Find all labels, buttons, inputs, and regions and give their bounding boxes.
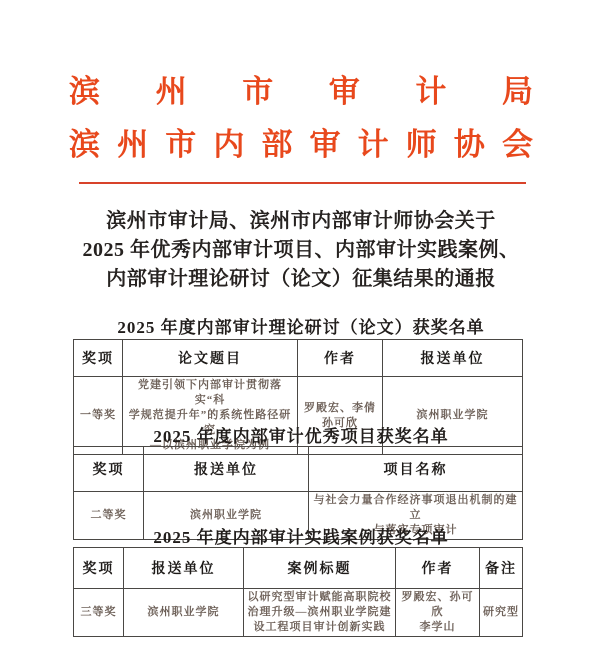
practice-case-award-table: 奖项 报送单位 案例标题 作者 备注 三等奖 滨州职业学院 以研究型审计赋能高职…	[73, 547, 523, 637]
column-header-award: 奖项	[74, 447, 144, 492]
section-title-theory-papers: 2025 年度内部审计理论研讨（论文）获奖名单	[0, 313, 602, 338]
column-header-paper-title: 论文题目	[123, 340, 298, 377]
column-header-award: 奖项	[74, 340, 123, 377]
table-header-row: 奖项 论文题目 作者 报送单位	[74, 340, 523, 377]
column-header-submitting-unit: 报送单位	[124, 548, 244, 589]
section-title-practice-cases: 2025 年度内部审计实践案例获奖名单	[0, 523, 602, 548]
document-page: 滨州市审计局 滨州市内部审计师协会 滨州市审计局、滨州市内部审计师协会关于 20…	[0, 0, 602, 655]
notice-title-line-3: 内部审计理论研讨（论文）征集结果的通报	[0, 265, 602, 294]
column-header-project-name: 项目名称	[309, 447, 523, 492]
cell-remarks: 研究型	[480, 589, 523, 637]
cell-case-title: 以研究型审计赋能高职院校 治理升级—滨州职业学院建 设工程项目审计创新实践	[244, 589, 396, 637]
notice-title-line-2: 2025 年优秀内部审计项目、内部审计实践案例、	[0, 236, 602, 265]
notice-title: 滨州市审计局、滨州市内部审计师协会关于 2025 年优秀内部审计项目、内部审计实…	[0, 207, 602, 294]
header-divider-rule	[79, 182, 526, 184]
column-header-submitting-unit: 报送单位	[144, 447, 309, 492]
column-header-author: 作者	[298, 340, 383, 377]
table-row: 三等奖 滨州职业学院 以研究型审计赋能高职院校 治理升级—滨州职业学院建 设工程…	[74, 589, 523, 637]
table-header-row: 奖项 报送单位 案例标题 作者 备注	[74, 548, 523, 589]
notice-title-line-1: 滨州市审计局、滨州市内部审计师协会关于	[0, 207, 602, 236]
cell-author: 罗殿宏、孙可欣 李学山	[396, 589, 480, 637]
column-header-case-title: 案例标题	[244, 548, 396, 589]
org-name-internal-auditors-association: 滨州市内部审计师协会	[69, 119, 533, 164]
column-header-author: 作者	[396, 548, 480, 589]
org-name-audit-bureau: 滨州市审计局	[69, 66, 533, 111]
table-header-row: 奖项 报送单位 项目名称	[74, 447, 523, 492]
column-header-award: 奖项	[74, 548, 124, 589]
column-header-submitting-unit: 报送单位	[383, 340, 523, 377]
column-header-remarks: 备注	[480, 548, 523, 589]
cell-award: 三等奖	[74, 589, 124, 637]
section-title-excellent-projects: 2025 年度内部审计优秀项目获奖名单	[0, 422, 602, 447]
cell-submitting-unit: 滨州职业学院	[124, 589, 244, 637]
